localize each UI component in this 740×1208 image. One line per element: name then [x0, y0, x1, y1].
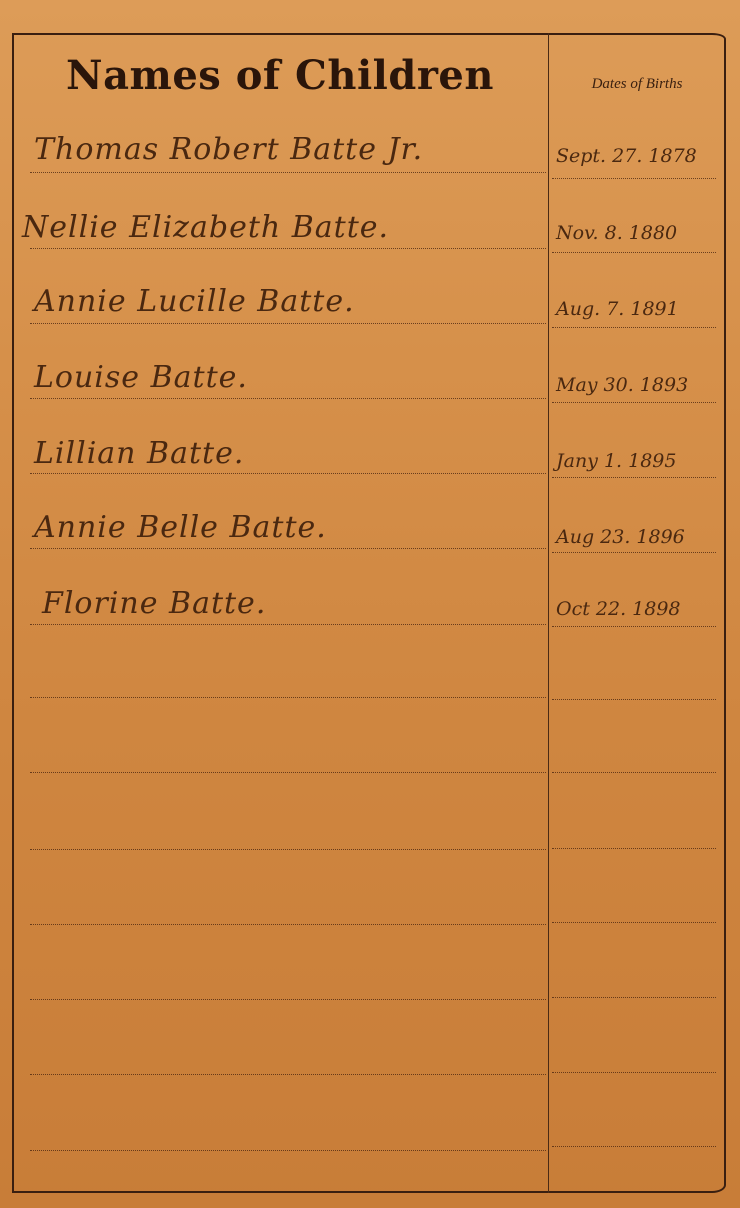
blank-ruled-line [552, 922, 716, 923]
birth-date-2: Nov. 8. 1880 [556, 222, 721, 244]
blank-ruled-line [552, 848, 716, 849]
child-name-4: Louise Batte. [34, 360, 544, 395]
ruled-line [552, 402, 716, 403]
ruled-line [552, 626, 716, 627]
ruled-line [552, 477, 716, 478]
blank-ruled-line [30, 697, 546, 698]
ruled-line [30, 323, 546, 324]
blank-ruled-line [30, 1074, 546, 1075]
blank-ruled-line [552, 699, 716, 700]
blank-ruled-line [30, 999, 546, 1000]
blank-ruled-line [552, 997, 716, 998]
birth-date-3: Aug. 7. 1891 [556, 298, 721, 320]
blank-ruled-line [30, 849, 546, 850]
dates-of-births-heading: Dates of Births [552, 76, 722, 93]
birth-date-6: Aug 23. 1896 [556, 526, 721, 548]
blank-ruled-line [30, 924, 546, 925]
blank-ruled-line [552, 772, 716, 773]
ruled-line [552, 327, 716, 328]
birth-date-4: May 30. 1893 [556, 374, 721, 396]
child-name-1: Thomas Robert Batte Jr. [34, 132, 544, 167]
names-of-children-heading: Names of Children [30, 52, 530, 99]
ruled-line [552, 552, 716, 553]
child-name-7: Florine Batte. [42, 586, 552, 621]
blank-ruled-line [30, 1150, 546, 1151]
birth-date-5: Jany 1. 1895 [556, 450, 721, 472]
ruled-line [30, 172, 546, 173]
ruled-line [552, 252, 716, 253]
blank-ruled-line [552, 1146, 716, 1147]
child-name-2: Nellie Elizabeth Batte. [22, 210, 532, 245]
blank-ruled-line [30, 772, 546, 773]
ruled-line [30, 398, 546, 399]
child-name-5: Lillian Batte. [34, 436, 544, 471]
ruled-line [552, 178, 716, 179]
ruled-line [30, 624, 546, 625]
child-name-6: Annie Belle Batte. [34, 510, 544, 545]
ruled-line [30, 548, 546, 549]
ruled-line [30, 248, 546, 249]
ruled-line [30, 473, 546, 474]
birth-date-1: Sept. 27. 1878 [556, 145, 721, 167]
child-name-3: Annie Lucille Batte. [34, 284, 544, 319]
birth-date-7: Oct 22. 1898 [556, 598, 721, 620]
blank-ruled-line [552, 1072, 716, 1073]
